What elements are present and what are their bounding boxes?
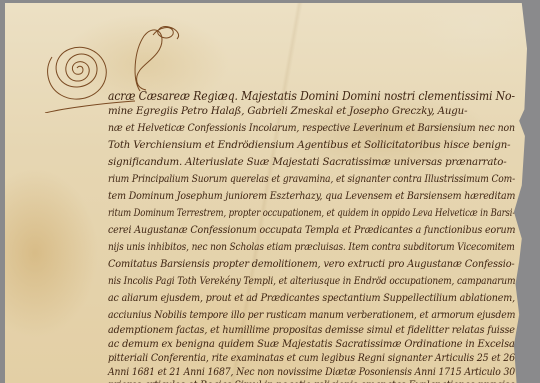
manuscript-line-13: ac aliarum ejusdem, prout et ad Prædican…: [108, 293, 515, 304]
manuscript-line-9: cerei Augustanæ Confessionum occupata Te…: [108, 225, 515, 236]
manuscript-line-11: Comitatus Barsiensis propter demolitione…: [108, 259, 515, 270]
manuscript-line-18: Anni 1681 et 21 Anni 1687, Nec non novis…: [108, 367, 515, 378]
manuscript-line-12: nis Incolis Pagi Toth Verekény Templi, e…: [108, 276, 515, 287]
manuscript-line-15: ademptionem factas, et humillime proposi…: [108, 325, 515, 336]
manuscript-line-17: pitteriali Conferentia, rite examinatas …: [108, 353, 515, 364]
manuscript-line-4: Toth Verchiensium et Endrödiensium Agent…: [108, 140, 510, 151]
manuscript-line-6: rium Principalium Suorum querelas et gra…: [108, 174, 515, 185]
manuscript-line-16: ac demum ex benigna quidem Suæ Majestati…: [108, 339, 515, 350]
manuscript-line-10: nijs unis inhibitos, nec non Scholas eti…: [108, 242, 515, 253]
manuscript-line-7: tem Dominum Josephum juniorem Eszterhazy…: [108, 191, 515, 202]
manuscript-line-3: næ et Helveticæ Confessionis Incolarum, …: [108, 123, 515, 134]
manuscript-line-8: ritum Dominum Terrestrem, propter occupa…: [108, 208, 515, 219]
manuscript-line-2: mine Egregiis Petro Halaß, Gabrieli Zmes…: [108, 106, 467, 117]
manuscript-line-1: acræ Cæsareæ Regiæq. Majestatis Domini D…: [108, 89, 515, 103]
parchment-page: acræ Cæsareæ Regiæq. Majestatis Domini D…: [5, 3, 527, 383]
manuscript-line-5: significandum. Alteriuslate Suæ Majestat…: [108, 157, 507, 168]
manuscript-line-14: acciunius Nobilis tempore illo per rusti…: [108, 310, 515, 321]
